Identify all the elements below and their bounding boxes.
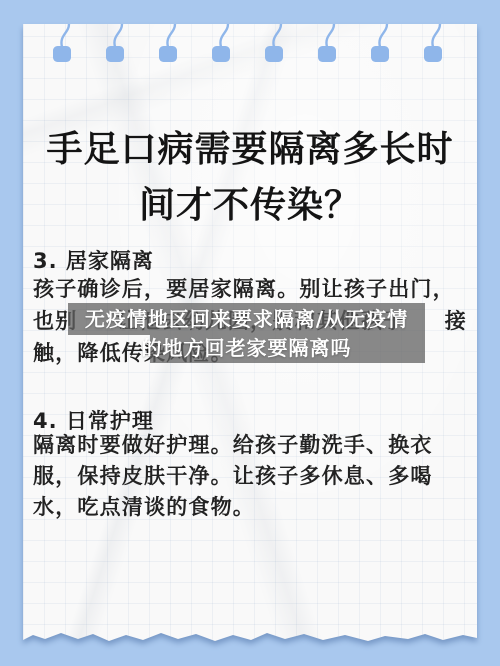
binding-tab <box>212 24 230 62</box>
note-paper-wrapper: 手足口病需要隔离多长时 间才不传染？ 3. 居家隔离 孩子确诊后，要居家隔离。别… <box>23 24 477 648</box>
overlay-caption-line-1: 无疫情地区回来要求隔离/从无疫情 <box>68 303 425 335</box>
paragraph-line: 服，保持皮肤干净。让孩子多休息、多喝 <box>33 461 467 492</box>
title-line-1: 手足口病需要隔离多长时 <box>23 122 477 178</box>
binding-tab <box>159 24 177 62</box>
title-line-2: 间才不传染？ <box>23 178 477 234</box>
binding-tabs <box>23 24 477 66</box>
section-3-heading: 3. 居家隔离 <box>33 245 154 275</box>
binding-tab <box>371 24 389 62</box>
section-4-paragraph: 隔离时要做好护理。给孩子勤洗手、换衣 服，保持皮肤干净。让孩子多休息、多喝 水，… <box>33 430 467 523</box>
note-paper: 手足口病需要隔离多长时 间才不传染？ 3. 居家隔离 孩子确诊后，要居家隔离。别… <box>23 24 477 646</box>
paragraph-line: 水，吃点清谈的食物。 <box>33 492 467 523</box>
binding-tab <box>424 24 442 62</box>
overlay-caption-line-2: 的地方回老家要隔离吗 <box>68 335 425 363</box>
page-title: 手足口病需要隔离多长时 间才不传染？ <box>23 122 477 234</box>
paragraph-line: 孩子确诊后，要居家隔离。别让孩子出门， <box>33 273 467 305</box>
binding-tab <box>265 24 283 62</box>
binding-tab <box>53 24 71 62</box>
question-caption-overlay: 无疫情地区回来要求隔离/从无疫情 的地方回老家要隔离吗 <box>68 303 425 363</box>
page-background: { "colors": { "background": "#a9c8ee", "… <box>0 0 500 666</box>
line-visible-end: 接 <box>445 305 467 337</box>
binding-tab <box>106 24 124 62</box>
binding-tab <box>318 24 336 62</box>
paragraph-line: 隔离时要做好护理。给孩子勤洗手、换衣 <box>33 430 467 461</box>
